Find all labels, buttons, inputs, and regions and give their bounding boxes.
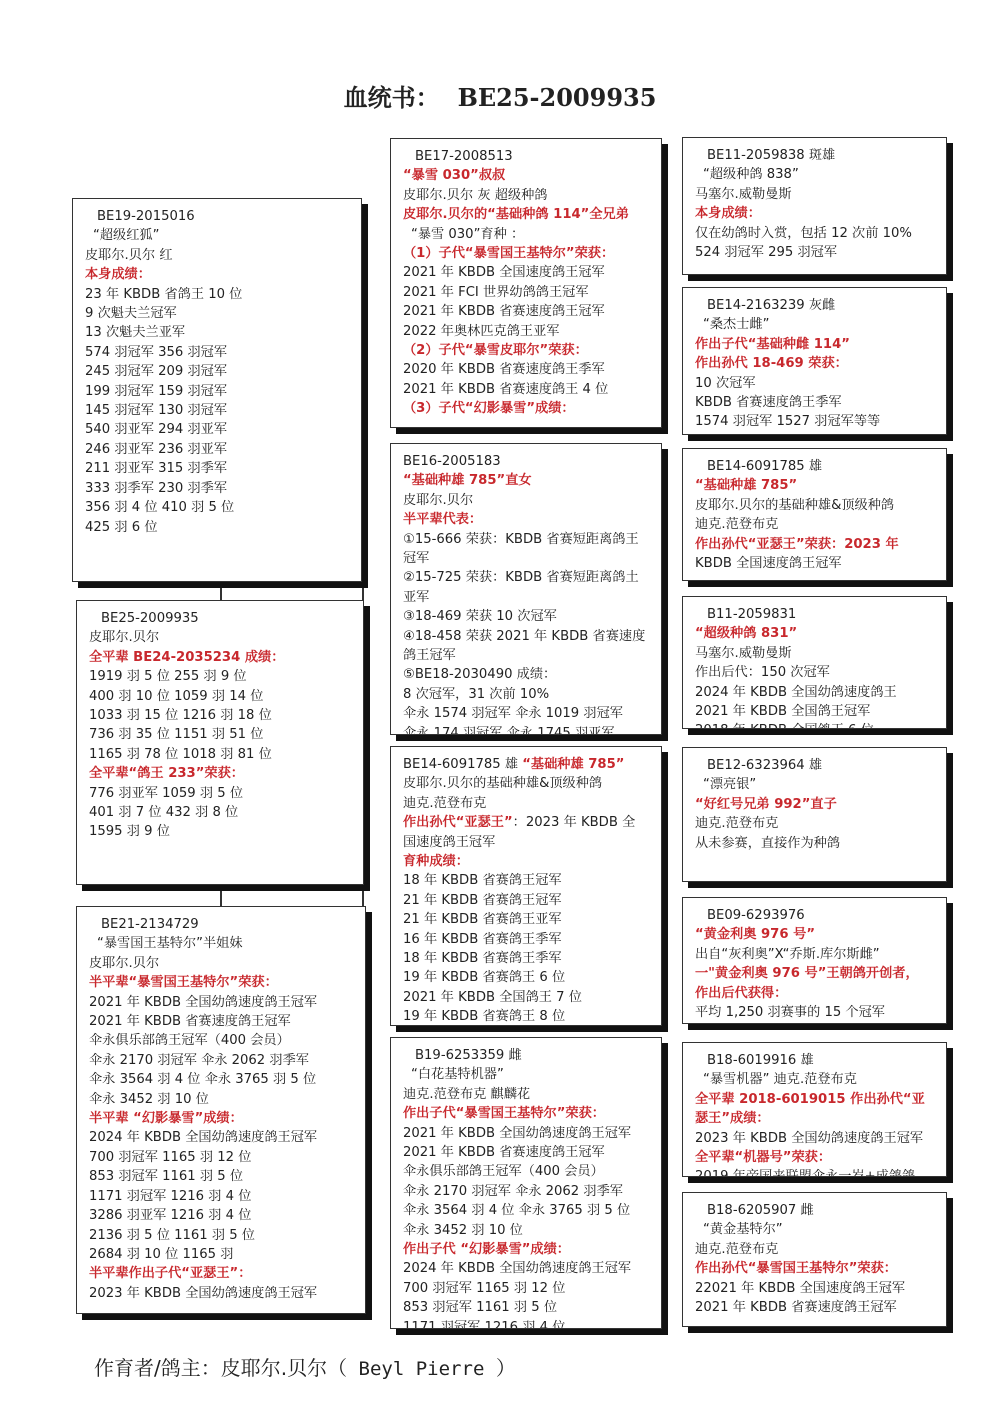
card-line: 2136 羽 5 位 1161 羽 5 位 (89, 1226, 355, 1245)
card-line: “基础种雄 785”直女 (403, 471, 651, 490)
card-line: “超级种鸽 831” (695, 624, 936, 643)
card-line: 本身成绩： (695, 204, 936, 223)
card-line: 作出孙代“暴雪国王基特尔”荣获： (695, 1259, 936, 1278)
sire-card: BE19-2015016“超级红狐”皮耶尔.贝尔 红本身成绩：23 年 KBDB… (72, 198, 362, 582)
card-line: 700 羽冠军 1165 羽 12 位 (89, 1148, 355, 1167)
card-line: 皮耶尔.贝尔 (89, 954, 355, 973)
card-line: 2021 年 KBDB 省赛速度鸽王 4 位 (403, 380, 651, 399)
card-line: 2023 年 KBDB 全国幼鸽速度鸽王冠军 (89, 1284, 355, 1303)
card-line: （1）子代“暴雪国王基特尔”荣获： (403, 244, 651, 263)
card-line: 作出孙代“亚瑟王”荣获：2023 年 (695, 535, 936, 554)
card-line: 10 次冠军 (695, 374, 936, 393)
ring-number: BE11-2059838 斑雄 (695, 146, 936, 165)
connector-line (220, 885, 222, 907)
card-line: 马塞尔.威勒曼斯 (695, 185, 936, 204)
card-line: 皮耶尔.贝尔 (403, 491, 651, 510)
card-line: 2021 年 FCI 世界幼鸽鸽王冠军 (403, 283, 651, 302)
great-grandparent-card-4: B11-2059831“超级种鸽 831”马塞尔.威勒曼斯作出后代：150 次冠… (682, 596, 947, 729)
card-line: ②15-725 荣获：KBDB 省赛短距离鸽土 (403, 568, 651, 587)
card-line: 全平辈 2018-6019015 作出孙代“亚 (695, 1090, 936, 1109)
card-line: 2021 年 KBDB 全国速度鸽王冠军 (403, 263, 651, 282)
card-line: 育种成绩： (403, 852, 651, 871)
great-grandparent-card-2: BE14-2163239 灰雌“桑杰士雌”作出子代“基础种雌 114”作出孙代 … (682, 287, 947, 435)
card-line: “白花基特机器” (403, 1065, 651, 1084)
card-line: 从未参赛，直接作为种鸽 (695, 834, 936, 853)
card-line: ④18-458 荣获 2021 年 KBDB 省赛速度 (403, 627, 651, 646)
title-ring-number: BE25-2009935 (458, 83, 657, 112)
card-line: 2021 年 KBDB 省赛速度鸽王冠军 (403, 1143, 651, 1162)
card-line: 马塞尔.威勒曼斯 (695, 644, 936, 663)
granddam-dam-side-card: B19-6253359 雌“白花基特机器”迪克.范登布克 麒麟花作出子代“暴雪国… (390, 1037, 662, 1329)
card-line: 736 羽 35 位 1151 羽 51 位 (89, 725, 353, 744)
card-line: 700 羽冠军 1165 羽 12 位 (403, 1279, 651, 1298)
card-line: 伞永俱乐部鸽王冠军（400 会员） (403, 1162, 651, 1181)
card-line: 16 年 KBDB 省赛鸽王季军 (403, 930, 651, 949)
card-line: 1171 羽冠军 1216 羽 4 位 (89, 1187, 355, 1206)
card-line: 作出孙代“亚瑟王”：2023 年 KBDB 全 (403, 813, 651, 832)
card-line: 246 羽亚军 236 羽亚军 (85, 440, 351, 459)
card-line: “暴雪机器” 迪克.范登布克 (695, 1070, 936, 1089)
card-line: 伞永俱乐部鸽王冠军（400 会员） (89, 1031, 355, 1050)
breeder-name-en: Beyl Pierre (347, 1358, 496, 1380)
card-line: 瑟王”成绩： (695, 1109, 936, 1128)
card-line: 2018 年 KBDB 全国鸽王 6 位 (695, 721, 936, 729)
ring-number: B11-2059831 (695, 605, 936, 624)
plain-text: ：2023 年 KBDB 全 (513, 815, 636, 830)
card-line: 8 次冠军，31 次前 10% (403, 685, 651, 704)
card-line: 2021 年 KBDB 省赛速度鸽王冠军 (403, 302, 651, 321)
card-line: 2021 年 KBDB 全国鸽王冠军 (695, 702, 936, 721)
card-line: 2019 年帝国来联盟伞永一岁+成鸽鸽 (695, 1167, 936, 1177)
card-line: “暴雪国王基特尔”半姐妹 (89, 934, 355, 953)
card-line: 356 羽 4 位 410 羽 5 位 (85, 498, 351, 517)
card-line: 2021 年 KBDB 全国幼鸽速度鸽王冠军 (403, 1124, 651, 1143)
pedigree-title: 血统书：BE25-2009935 (0, 78, 1000, 113)
great-grandparent-card-8: B18-6205907 雌“黄金基特尔”迪克.范登布克作出孙代“暴雪国王基特尔”… (682, 1192, 947, 1327)
card-line: “基础种雄 785” (695, 476, 936, 495)
breeder-close: ） (496, 1356, 516, 1380)
card-line: 2021 年 KBDB 全国幼鸽速度鸽王冠军 (89, 993, 355, 1012)
card-line: 21 年 KBDB 省赛鸽王亚军 (403, 910, 651, 929)
card-line: 冠军 (403, 549, 651, 568)
card-line: 作出后代：150 次冠军 (695, 663, 936, 682)
card-line: 333 羽季军 230 羽季军 (85, 479, 351, 498)
card-line: 2022 年奥林匹克鸽王亚军 (403, 322, 651, 341)
card-line: 仅在幼鸽时入赏，包括 12 次前 10% (695, 224, 936, 243)
ring-number: BE14-6091785 雄 “基础种雄 785” (403, 755, 651, 774)
card-line: 迪克.范登布克 (695, 814, 936, 833)
card-line: 伞永 2170 羽冠军 伞永 2062 羽季军 (89, 1051, 355, 1070)
card-line: 平均 1,250 羽赛事的 15 个冠军 (695, 1003, 936, 1022)
great-grandparent-card-7: B18-6019916 雄“暴雪机器” 迪克.范登布克全平辈 2018-6019… (682, 1042, 947, 1177)
breeder-label: 作育者/鸽主：皮耶尔.贝尔（ (94, 1356, 347, 1380)
card-line: 伞永 3564 羽 4 位 伞永 3765 羽 5 位 (89, 1070, 355, 1089)
highlight-text: 作出孙代“亚瑟王” (403, 815, 513, 830)
card-line: 半平辈“暴雪国王基特尔”荣获： (89, 973, 355, 992)
card-line: 18 年 KBDB 省赛鸽王冠军 (403, 871, 651, 890)
card-line: 401 羽 7 位 432 羽 8 位 (89, 803, 353, 822)
card-line: 524 羽冠军 295 羽冠军 (695, 243, 936, 262)
card-line: 伞永 2170 羽冠军 伞永 2062 羽季军 (403, 1182, 651, 1201)
card-line: 半平辈作出子代“亚瑟王”： (89, 1264, 355, 1283)
card-line: 作出子代“暴雪国王基特尔”荣获： (403, 1104, 651, 1123)
card-line: （2）子代“暴雪皮耶尔”荣获： (403, 341, 651, 360)
card-line: 245 羽冠军 209 羽冠军 (85, 362, 351, 381)
card-line: KBDB 全国速度鸽王冠军 (695, 554, 936, 573)
card-line: 1033 羽 15 位 1216 羽 18 位 (89, 706, 353, 725)
ring-number: BE21-2134729 (89, 915, 355, 934)
ring-number: B18-6019916 雄 (695, 1051, 936, 1070)
card-line: “黄金基特尔” (695, 1220, 936, 1239)
card-line: 1919 羽 5 位 255 羽 9 位 (89, 667, 353, 686)
connector-line (665, 200, 667, 370)
card-line: 皮耶尔.贝尔的基础种雄&顶级种鸽 (403, 774, 651, 793)
ring-number: BE14-6091785 雄 (695, 457, 936, 476)
card-line: ①15-666 荣获：KBDB 省赛短距离鸽王 (403, 530, 651, 549)
card-line: 全平辈 BE24-2035234 成绩： (89, 648, 353, 667)
ring-number: BE19-2015016 (85, 207, 351, 226)
card-line: 1165 羽 78 位 1018 羽 81 位 (89, 745, 353, 764)
card-line: 迪克.范登布克 (695, 1240, 936, 1259)
card-line: 2024 年 KBDB 全国幼鸽速度鸽王 (695, 683, 936, 702)
card-line: 皮耶尔.贝尔 灰 超级种鸽 (403, 186, 651, 205)
card-line: 迪克.范登布克 (695, 515, 936, 534)
card-line: 全平辈“鸽王 233”荣获： (89, 764, 353, 783)
grandsire-dam-side-card: BE14-6091785 雄 “基础种雄 785”皮耶尔.贝尔的基础种雄&顶级种… (390, 746, 662, 1026)
card-line: 18 年 KBDB 省赛鸽王季军 (403, 949, 651, 968)
connector-line (665, 1110, 667, 1260)
card-line: 作出子代 “幻影暴雪”成绩： (403, 1240, 651, 1259)
card-line: 9 次魁夫兰冠军 (85, 304, 351, 323)
card-line: 作出孙代 18-469 荣获： (695, 354, 936, 373)
card-line: 亚军 (403, 588, 651, 607)
card-line: 迪克.范登布克 麒麟花 (403, 1085, 651, 1104)
highlight-text: “基础种雄 785” (522, 757, 624, 772)
card-line: 皮耶尔.贝尔 红 (85, 246, 351, 265)
card-line: 776 羽亚军 1059 羽 5 位 (89, 784, 353, 803)
card-line: 1595 羽 9 位 (89, 822, 353, 841)
card-line: 21 年 KBDB 省赛鸽王冠军 (403, 891, 651, 910)
card-line: 574 羽冠军 356 羽冠军 (85, 343, 351, 362)
card-line: “超级种鸽 838” (695, 165, 936, 184)
card-line: 伞永 174 羽冠军 伞永 1745 羽亚军 (403, 724, 651, 735)
card-line: 2021 年 KBDB 省赛速度鸽王冠军 (695, 1298, 936, 1317)
card-line: 一"黄金利奥 976 号”王朝鸽开创者， (695, 964, 936, 983)
card-line: 853 羽冠军 1161 羽 5 位 (403, 1298, 651, 1317)
ring-text: BE14-6091785 雄 (403, 757, 522, 772)
great-grandparent-card-3: BE14-6091785 雄“基础种雄 785”皮耶尔.贝尔的基础种雄&顶级种鸽… (682, 448, 947, 581)
title-label: 血统书： (344, 83, 440, 112)
connector-line (665, 810, 667, 960)
great-grandparent-card-5: BE12-6323964 雄“漂亮银”“好红号兄弟 992”直子迪克.范登布克从… (682, 747, 947, 882)
card-line: 2020 年 KBDB 省赛速度鸽王季军 (403, 360, 651, 379)
card-line: 2024 年 KBDB 全国幼鸽速度鸽王冠军 (89, 1128, 355, 1147)
ring-number: BE09-6293976 (695, 906, 936, 925)
grandsire-sire-side-card: BE17-2008513“暴雪 030”叔叔皮耶尔.贝尔 灰 超级种鸽皮耶尔.贝… (390, 138, 662, 428)
card-line: 迪克.范登布克 (403, 794, 651, 813)
card-line: （3）子代“幻影暴雪”成绩： (403, 399, 651, 418)
card-line: KBDB 省赛速度鸽王季军 (695, 393, 936, 412)
card-line: 出自“灰利奥”X“乔斯.库尔斯雌” (695, 945, 936, 964)
card-line: 2021 年 KBDB 全国鸽王 7 位 (403, 988, 651, 1007)
card-line: 作出子代“基础种雌 114” (695, 335, 936, 354)
card-line: 本身成绩： (85, 265, 351, 284)
card-line: 853 羽冠军 1161 羽 5 位 (89, 1167, 355, 1186)
card-line: 伞永 3564 羽 4 位 伞永 3765 羽 5 位 (403, 1201, 651, 1220)
card-line: “超级红狐” (85, 226, 351, 245)
card-line: ③18-469 荣获 10 次冠军 (403, 607, 651, 626)
card-line: 23 年 KBDB 省鸽王 10 位 (85, 285, 351, 304)
card-line: 1171 羽冠军 1216 羽 4 位 (403, 1318, 651, 1329)
card-line: 2023 年 KBDB 全国幼鸽速度鸽王冠军 (695, 1129, 936, 1148)
card-line: 半平辈代表： (403, 510, 651, 529)
card-line: 皮耶尔.贝尔的“基础种鸽 114”全兄弟 (403, 205, 651, 224)
card-line: 伞永 3452 羽 10 位 (89, 1090, 355, 1109)
card-line: 国速度鸽王冠军 (403, 833, 651, 852)
card-line: 皮耶尔.贝尔的基础种雄&顶级种鸽 (695, 496, 936, 515)
connector-line (665, 520, 667, 670)
card-line: 半平辈 “幻影暴雪”成绩： (89, 1109, 355, 1128)
card-line: 19 年 KBDB 省赛鸽王 8 位 (403, 1007, 651, 1026)
card-line: “黄金利奥 976 号” (695, 925, 936, 944)
card-line: “漂亮银” (695, 775, 936, 794)
card-line: 425 羽 6 位 (85, 518, 351, 537)
great-grandparent-card-6: BE09-6293976“黄金利奥 976 号”出自“灰利奥”X“乔斯.库尔斯雌… (682, 897, 947, 1024)
card-line: 199 羽冠军 159 羽冠军 (85, 382, 351, 401)
breeder-footer: 作育者/鸽主：皮耶尔.贝尔（ Beyl Pierre ） (94, 1352, 516, 1381)
card-line: 皮耶尔.贝尔 (89, 628, 353, 647)
ring-number: BE12-6323964 雄 (695, 756, 936, 775)
card-line: 鸽王冠军 (403, 646, 651, 665)
ring-number: B18-6205907 雌 (695, 1201, 936, 1220)
card-line: ⑤BE18-2030490 成绩： (403, 665, 651, 684)
dam-card: BE21-2134729“暴雪国王基特尔”半姐妹皮耶尔.贝尔半平辈“暴雪国王基特… (76, 906, 366, 1314)
card-line: 伞永 3452 羽 10 位 (403, 1221, 651, 1240)
card-line: “暴雪 030”叔叔 (403, 166, 651, 185)
card-line: 2024 年 KBDB 全国幼鸽速度鸽王冠军 (403, 1259, 651, 1278)
card-line: 400 羽 10 位 1059 羽 14 位 (89, 687, 353, 706)
ring-number: BE17-2008513 (403, 147, 651, 166)
ring-number: BE25-2009935 (89, 609, 353, 628)
card-line: 13 次魁夫兰亚军 (85, 323, 351, 342)
card-line: 2021 年 KBDB 省赛速度鸽王冠军 (89, 1012, 355, 1031)
card-line: 3286 羽亚军 1216 羽 4 位 (89, 1206, 355, 1225)
card-line: 22021 年 KBDB 全国速度鸽王冠军 (695, 1279, 936, 1298)
card-line: 540 羽亚军 294 羽亚军 (85, 420, 351, 439)
card-line: “暴雪 030”育种 ： (403, 225, 651, 244)
card-line: “桑杰士雌” (695, 315, 936, 334)
card-line: 19 年 KBDB 省赛鸽王 6 位 (403, 968, 651, 987)
card-line: 211 羽亚军 315 羽季军 (85, 459, 351, 478)
great-grandparent-card-1: BE11-2059838 斑雄“超级种鸽 838”马塞尔.威勒曼斯本身成绩：仅在… (682, 137, 947, 275)
card-line: 全平辈“机器号”荣获： (695, 1148, 936, 1167)
card-line: 2684 羽 10 位 1165 羽 (89, 1245, 355, 1264)
ring-number: BE14-2163239 灰雌 (695, 296, 936, 315)
granddam-sire-side-card: BE16-2005183“基础种雄 785”直女皮耶尔.贝尔半平辈代表：①15-… (390, 443, 662, 735)
card-line: “好红号兄弟 992”直子 (695, 795, 936, 814)
card-line: 145 羽冠军 130 羽冠军 (85, 401, 351, 420)
subject-card: BE25-2009935皮耶尔.贝尔全平辈 BE24-2035234 成绩：19… (76, 600, 364, 885)
ring-number: BE16-2005183 (403, 452, 651, 471)
card-line: 作出后代获得： (695, 984, 936, 1003)
connector-line (220, 582, 222, 602)
card-line: 伞永 1574 羽冠军 伞永 1019 羽冠军 (403, 704, 651, 723)
ring-number: B19-6253359 雌 (403, 1046, 651, 1065)
card-line: 1574 羽冠军 1527 羽冠军等等 (695, 412, 936, 431)
